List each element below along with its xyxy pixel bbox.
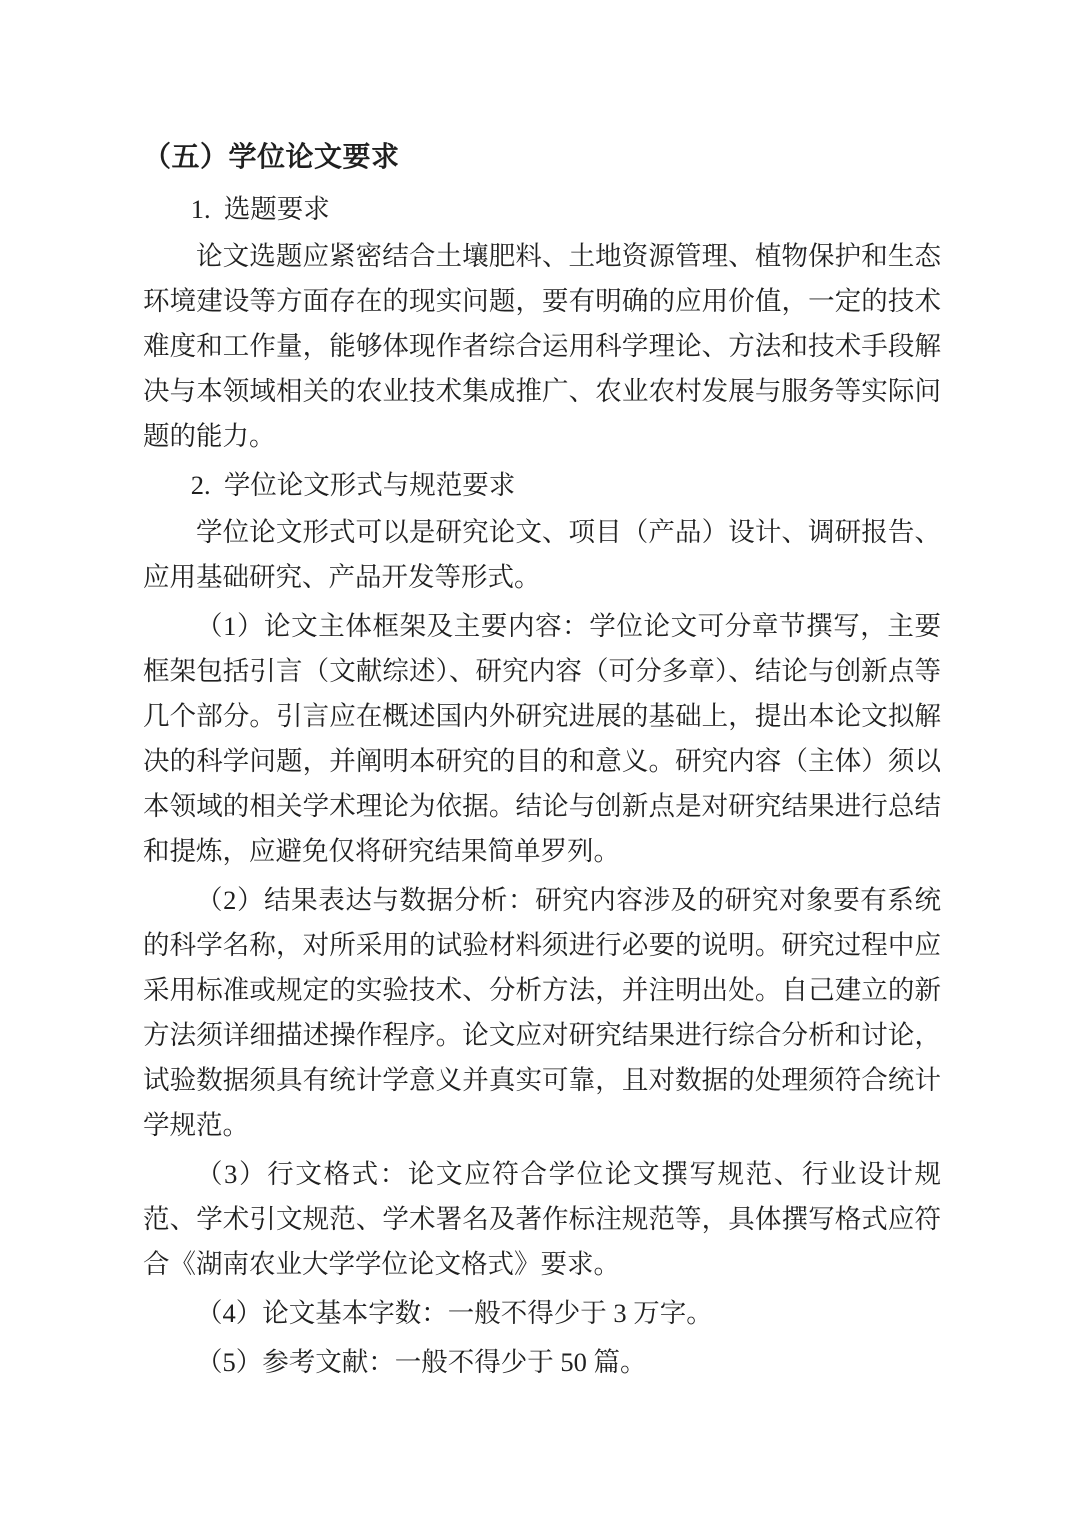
subsection-2-heading: 2. 学位论文形式与规范要求 xyxy=(143,463,941,508)
section-heading: （五）学位论文要求 xyxy=(143,134,941,179)
document-page: （五）学位论文要求 1. 选题要求 论文选题应紧密结合土壤肥料、土地资源管理、植… xyxy=(143,134,941,1385)
list-item-2: （2）结果表达与数据分析：研究内容涉及的研究对象要有系统的科学名称，对所采用的试… xyxy=(143,878,941,1148)
subsection-1-heading: 1. 选题要求 xyxy=(143,187,941,232)
subsection-1-paragraph: 论文选题应紧密结合土壤肥料、土地资源管理、植物保护和生态环境建设等方面存在的现实… xyxy=(143,234,941,459)
list-item-3: （3）行文格式：论文应符合学位论文撰写规范、行业设计规范、学术引文规范、学术署名… xyxy=(143,1152,941,1287)
list-item-4: （4）论文基本字数：一般不得少于 3 万字。 xyxy=(143,1291,941,1336)
list-item-5: （5）参考文献：一般不得少于 50 篇。 xyxy=(143,1340,941,1385)
list-item-1: （1）论文主体框架及主要内容：学位论文可分章节撰写，主要框架包括引言（文献综述）… xyxy=(143,604,941,874)
subsection-2-intro-paragraph: 学位论文形式可以是研究论文、项目（产品）设计、调研报告、应用基础研究、产品开发等… xyxy=(143,510,941,600)
